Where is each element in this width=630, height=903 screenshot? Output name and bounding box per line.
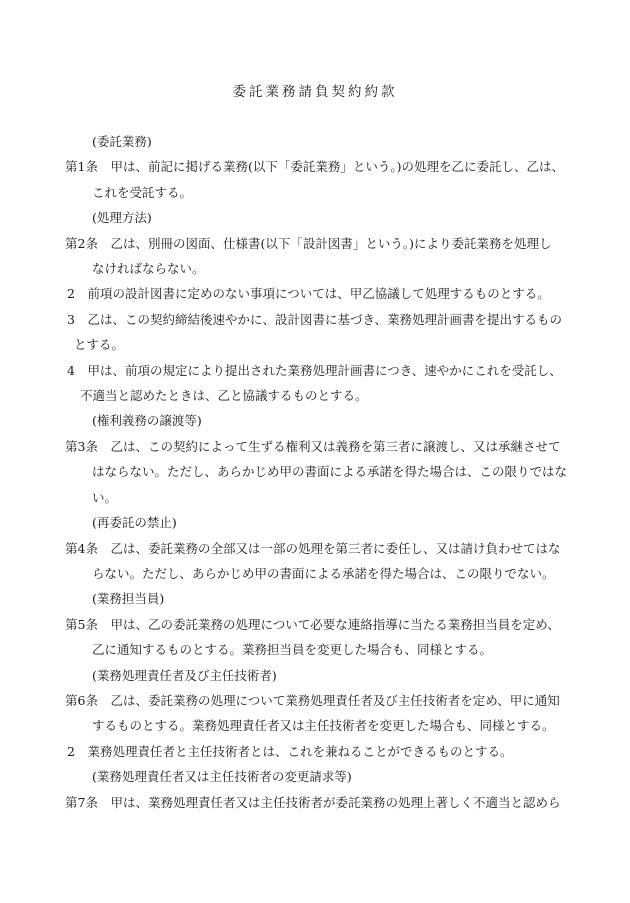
document-line: とする。 (65, 332, 605, 357)
document-line: 3 乙は、この契約締結後速やかに、設計図書に基づき、業務処理計画書を提出するもの (65, 307, 605, 332)
document-line: 第7条 甲は、業務処理責任者又は主任技術者が委託業務の処理上著しく不適当と認めら (65, 790, 605, 815)
document-line: (業務担当員) (65, 586, 605, 611)
document-line: 2 前項の設計図書に定めのない事項については、甲乙協議して処理するものとする。 (65, 281, 605, 306)
document-line: 4 甲は、前項の規定により提出された業務処理計画書につき、速やかにこれを受託し、 (65, 358, 605, 383)
document-line: 不適当と認めたときは、乙と協議するものとする。 (65, 383, 605, 408)
document-line: するものとする。業務処理責任者又は主任技術者を変更した場合も、同様とする。 (65, 713, 605, 738)
document-line: (処理方法) (65, 205, 605, 230)
document-line: (委託業務) (65, 129, 605, 154)
document-page: 委託業務請負契約約款 (委託業務)第1条 甲は、前記に掲げる業務(以下「委託業務… (0, 0, 630, 903)
document-line: なければならない。 (65, 256, 605, 281)
document-line: (業務処理責任者及び主任技術者) (65, 663, 605, 688)
document-line: 2 業務処理責任者と主任技術者とは、これを兼ねることができるものとする。 (65, 739, 605, 764)
document-line: 第1条 甲は、前記に掲げる業務(以下「委託業務」という。)の処理を乙に委託し、乙… (65, 154, 605, 179)
document-line: 第3条 乙は、この契約によって生ずる権利又は義務を第三者に譲渡し、又は承継させて (65, 434, 605, 459)
document-line: 第4条 乙は、委託業務の全部又は一部の処理を第三者に委任し、又は請け負わせてはな (65, 536, 605, 561)
document-line: い。 (65, 485, 605, 510)
document-line: はならない。ただし、あらかじめ甲の書面による承諾を得た場合は、この限りではな (65, 459, 605, 484)
document-line: 乙に通知するものとする。業務担当員を変更した場合も、同様とする。 (65, 637, 605, 662)
document-line: (権利義務の譲渡等) (65, 408, 605, 433)
document-line: これを受託する。 (65, 180, 605, 205)
document-title: 委託業務請負契約約款 (0, 80, 630, 105)
document-body: (委託業務)第1条 甲は、前記に掲げる業務(以下「委託業務」という。)の処理を乙… (65, 129, 605, 815)
document-line: らない。ただし、あらかじめ甲の書面による承諾を得た場合は、この限りでない。 (65, 561, 605, 586)
document-line: 第6条 乙は、委託業務の処理について業務処理責任者及び主任技術者を定め、甲に通知 (65, 688, 605, 713)
document-line: 第5条 甲は、乙の委託業務の処理について必要な連絡指導に当たる業務担当員を定め、 (65, 612, 605, 637)
document-line: (業務処理責任者又は主任技術者の変更請求等) (65, 764, 605, 789)
document-line: (再委託の禁止) (65, 510, 605, 535)
document-line: 第2条 乙は、別冊の図面、仕様書(以下「設計図書」という。)により委託業務を処理… (65, 231, 605, 256)
